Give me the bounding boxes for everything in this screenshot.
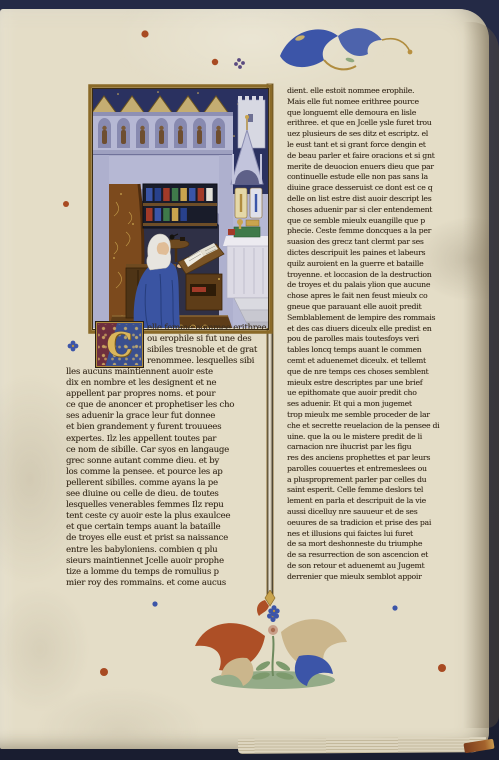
text-line: res des anciens prophettes et par leurs: [287, 453, 458, 464]
text-line: que longuemt elle demoura en lisle: [287, 108, 458, 119]
bookshelf: [143, 184, 217, 228]
text-line: grec sonne autant comme dieu. et by: [66, 456, 267, 467]
text-line: saint esperit. Celle femme deslors tel: [287, 485, 458, 496]
text-line: cemt et aduenemet diceulx. et tellemt: [287, 356, 458, 367]
text-line: dix en nombre et les designent et ne: [66, 378, 267, 389]
text-line: ses aduenir. Et qui a mon jugemet: [287, 399, 458, 410]
text-line: de sa mort deshonneste du triumphe: [287, 539, 458, 550]
right-text-column: dient. elle estoit nommee erophile.Mais …: [287, 86, 458, 583]
text-line: lles aucuns maintiennent auoir este: [66, 367, 267, 378]
page-stack-edge: [238, 737, 486, 754]
text-line: et que certain temps auant la bataille: [66, 522, 267, 533]
text-line: suasion des grecz tant clermt par ses: [287, 237, 458, 248]
text-line: tables loncq temps auant le commen: [287, 345, 458, 356]
text-line: uez plusieurs de ses ditz et escriptz. e…: [287, 129, 458, 140]
text-line: Mais elle fut nomee erithree pource: [287, 97, 458, 108]
text-line: tize a lomme du temps de romulius p: [66, 567, 267, 578]
text-line: de troyes elle eust et prist sa naissanc…: [66, 533, 267, 544]
text-line: phecie. Ceste femme doncques a la per: [287, 226, 458, 237]
text-line: ses aduenir la grace leur fut donnee: [66, 411, 267, 422]
central-acanthus-ornament: [195, 610, 347, 689]
text-line: merite de deuocion enuers dieu que par: [287, 162, 458, 173]
text-line: los comme la pensee. et pource les ap: [66, 467, 267, 478]
blue-acanthus-flourish: [280, 28, 412, 69]
text-line: entre les babyloniens. combien q plu: [66, 545, 267, 556]
text-line: dient. elle estoit nommee erophile.: [287, 86, 458, 97]
left-column-indented-lines: elle femme nommee erithreeou erophile si…: [147, 323, 266, 367]
illuminated-initial: C: [95, 321, 144, 368]
text-line: de troyes et du palais ylion que aucune: [287, 280, 458, 291]
text-line: oeuures de sa tradicion et prise des pai: [287, 518, 458, 529]
text-line: chose apres le fait nen feust mieulx co: [287, 291, 458, 302]
book-fore-edge: [463, 22, 499, 728]
text-line: Semblablement de lempire des rommais: [287, 313, 458, 324]
photo-background: C elle femme nommee erithreeou erophile …: [0, 0, 499, 760]
tower: [238, 96, 265, 148]
text-line: diuine grace desseruist ce dont est ce q: [287, 183, 458, 194]
text-line: sibiles tresnoble et de grat: [147, 345, 266, 356]
text-line: pou de parolles mais toutesfoys veri: [287, 334, 458, 345]
text-line: a plusproprement parler par celles du: [287, 475, 458, 486]
text-line: gneue que parauant elle auoit predit: [287, 302, 458, 313]
text-line: che et secrette reuelacion de la pensee …: [287, 421, 458, 432]
text-line: mier roy des rommains. et come aucus: [66, 578, 267, 589]
text-line: troyenne. et loccasion de la destruction: [287, 270, 458, 281]
text-line: see diuine ou celle de dieu. de toutes: [66, 489, 267, 500]
text-line: elle femme nommee erithree: [147, 323, 266, 334]
text-line: de beau parler et faire oracions et si g…: [287, 151, 458, 162]
text-line: dictes descripuit les paines et labeurs: [287, 248, 458, 259]
text-line: que de nre temps ces choses semblent: [287, 367, 458, 378]
text-line: pellerent sibilles. comme ayans la pe: [66, 478, 267, 489]
initial-letter: C: [106, 328, 132, 361]
text-line: parolles couuertes et entremeslees ou: [287, 464, 458, 475]
left-illuminated-border: [58, 84, 88, 360]
text-line: renommee. lesquelles sibi: [147, 356, 266, 367]
text-line: ou erophile si fut une des: [147, 334, 266, 345]
left-text-column: lles aucuns maintiennent auoir estedix e…: [66, 367, 267, 589]
text-line: que ce semble mieulx euangille que p: [287, 216, 458, 227]
text-line: carnacion nre ihucrist par les figu: [287, 442, 458, 453]
text-line: trop mieulx me semble proceder de lar: [287, 410, 458, 421]
miniature-sibyl-writing: [88, 84, 273, 334]
text-line: lement en parla et descripuit de la vie: [287, 496, 458, 507]
text-line: uine. que la ou le mistere predit de li: [287, 432, 458, 443]
text-line: quilz auroient en la guerre et bataille: [287, 259, 458, 270]
text-line: lesquelles venerables femmes Ilz repu: [66, 500, 267, 511]
text-line: ue epithomate que auoir predit cho: [287, 388, 458, 399]
bar-finial-ornament: [255, 590, 285, 620]
text-line: appellent par propres noms. et pour: [66, 389, 267, 400]
text-line: le eust tant et si grant force dengin et: [287, 140, 458, 151]
text-line: et bien grandement y furent trouuees: [66, 422, 267, 433]
text-line: delle on list estre dist auoir descript …: [287, 194, 458, 205]
text-line: expertes. Ilz les appellent toutes par: [66, 434, 267, 445]
text-line: choses aduenir par si cler entendement: [287, 205, 458, 216]
top-illuminated-border: [55, 18, 465, 84]
text-line: nes et illusions qui faictes lui furet: [287, 529, 458, 540]
text-line: aussi dicelluy nre sauueur et de ses: [287, 507, 458, 518]
text-line: erithree. et que en Jcelle ysle furet tr…: [287, 118, 458, 129]
text-line: ce que de anoncer et prophetiser les cho: [66, 400, 267, 411]
text-line: tent ceste cy auoir este la plus exaulce…: [66, 511, 267, 522]
text-line: mieulx estre descriptes par une brief: [287, 378, 458, 389]
text-line: sieurs maintiennet Jcelle auoir prophe: [66, 556, 267, 567]
text-line: derrenier que mieulx semblot appoir: [287, 572, 458, 583]
blue-flower: [68, 341, 79, 352]
text-line: et des cas diuers diceulx elle predist e…: [287, 324, 458, 335]
text-line: continuelle estude elle non pas sans la: [287, 172, 458, 183]
text-line: ce nom de sibille. Car syos en langauge: [66, 445, 267, 456]
text-line: de son retour et aduenemt au Jugemt: [287, 561, 458, 572]
grape-cluster: [234, 58, 245, 69]
text-line: de sa resurrection de son ascencion et: [287, 550, 458, 561]
